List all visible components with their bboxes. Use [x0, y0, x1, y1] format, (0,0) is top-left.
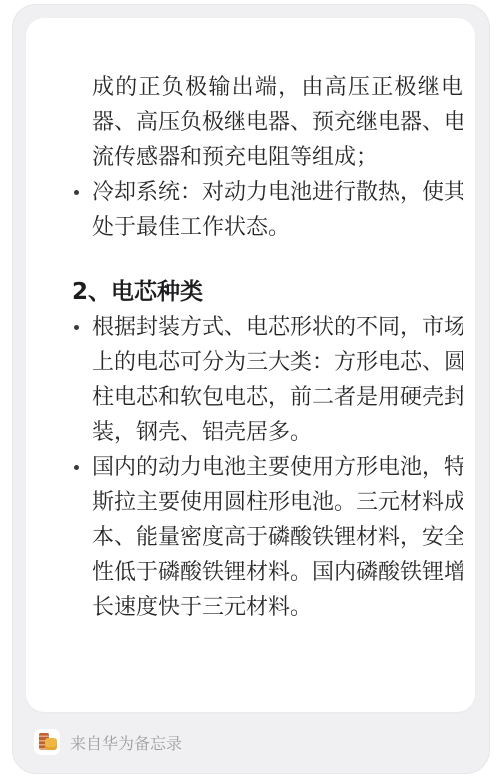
note-line: 冷却系统：对动力电池进行散热，使其: [92, 175, 463, 210]
paragraph-continuation: 成的正负极输出端，由高压正极继电 器、高压负极继电器、预充继电器、电 流传感器和…: [72, 70, 463, 175]
bullet-dot: [74, 465, 79, 470]
note-line: 成的正负极输出端，由高压正极继电: [92, 70, 463, 105]
note-line: 流传感器和预充电阻等组成；: [92, 140, 463, 175]
memo-pad-glyph: [45, 738, 57, 750]
note-line: 根据封装方式、电芯形状的不同，市场: [92, 310, 463, 345]
source-footer: 来自华为备忘录: [13, 712, 489, 772]
screen: 成的正负极输出端，由高压正极继电 器、高压负极继电器、预充继电器、电 流传感器和…: [0, 0, 500, 780]
note-line: 上的电芯可分为三大类：方形电芯、圆: [92, 345, 463, 380]
huawei-memo-icon: [34, 729, 60, 755]
note-line: 国内的动力电池主要使用方形电池，特: [92, 450, 463, 485]
bullet-dot: [74, 190, 79, 195]
note-line: 装，钢壳、铝壳居多。: [92, 415, 463, 450]
bullet-item-cell-types: 根据封装方式、电芯形状的不同，市场 上的电芯可分为三大类：方形电芯、圆 柱电芯和…: [72, 310, 463, 450]
bullet-item-cooling-system: 冷却系统：对动力电池进行散热，使其 处于最佳工作状态。: [72, 175, 463, 245]
section-heading: 2、电芯种类: [72, 275, 463, 310]
bullet-item-domestic-batteries: 国内的动力电池主要使用方形电池，特 斯拉主要使用圆柱形电池。三元材料成 本、能量…: [72, 450, 463, 625]
note-line: 本、能量密度高于磷酸铁锂材料，安全: [92, 520, 463, 555]
note-line: 器、高压负极继电器、预充继电器、电: [92, 105, 463, 140]
note-line: 处于最佳工作状态。: [92, 210, 463, 245]
note-line: 柱电芯和软包电芯，前二者是用硬壳封: [92, 380, 463, 415]
shared-note-card[interactable]: 成的正负极输出端，由高压正极继电 器、高压负极继电器、预充继电器、电 流传感器和…: [12, 4, 490, 774]
note-line: 长速度快于三元材料。: [92, 590, 463, 625]
source-text: 来自华为备忘录: [70, 731, 182, 754]
note-content-card: 成的正负极输出端，由高压正极继电 器、高压负极继电器、预充继电器、电 流传感器和…: [26, 18, 475, 712]
note-line: 斯拉主要使用圆柱形电池。三元材料成: [92, 485, 463, 520]
note-line: 性低于磷酸铁锂材料。国内磷酸铁锂增: [92, 555, 463, 590]
bullet-dot: [74, 325, 79, 330]
